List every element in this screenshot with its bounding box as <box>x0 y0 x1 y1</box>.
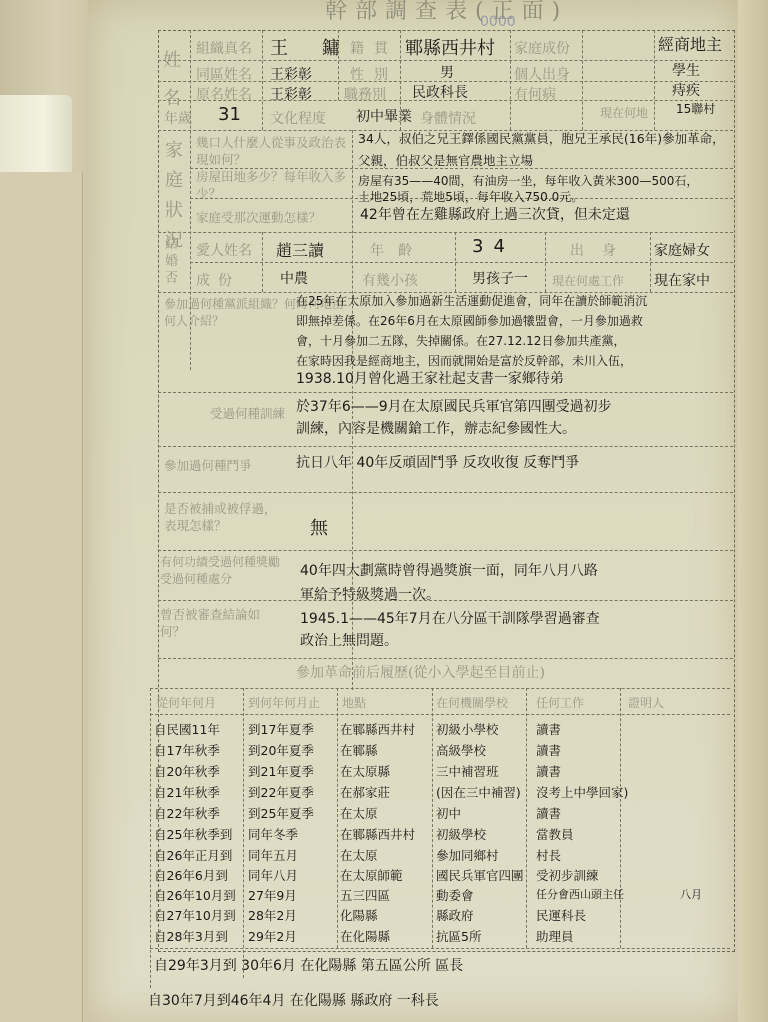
resume-cell-from: 自26年10月到 <box>154 886 236 904</box>
former-name-value: 王彩彰 <box>270 84 312 104</box>
spouse-where-label: 現在何處工作 <box>552 272 624 289</box>
resume-cell-org: 高級學校 <box>436 741 486 759</box>
resume-cell-org: 抗區5所 <box>436 927 481 945</box>
political-answer-line: 1938.10月曾化過王家社起支書一家鄉待弟 <box>296 368 564 390</box>
column-header: 證明人 <box>628 694 664 711</box>
column-header: 到何年何月止 <box>248 694 320 711</box>
resume-cell-to: 27年9月 <box>248 886 297 904</box>
resume-cell-place: 在太原縣 <box>340 762 390 780</box>
resume-cell-org: 動委會 <box>436 886 474 904</box>
family-question-members: 幾口人什麼人從事及政治表現如何？ <box>196 134 348 168</box>
resume-cell-from: 自25年秋季到 <box>154 825 232 843</box>
resume-cell-from: 自26年正月到 <box>154 846 232 864</box>
struggle-answer: 抗日八年 40年反頑固鬥爭 反攻收復 反奪鬥爭 <box>296 452 579 474</box>
resume-cell-place: 五三四區 <box>340 886 390 904</box>
resume-cell-to: 29年2月 <box>248 927 297 945</box>
position-value: 民政科長 <box>412 82 468 102</box>
resume-cell-org: (因在三中補習) <box>436 783 521 801</box>
form-title: 幹部調查表(正面) <box>325 0 568 25</box>
resume-cell-job: 當教員 <box>536 825 574 843</box>
political-answer-line: 在25年在太原加入參加過新生活運動促進會，同年在讀於師範消沉 <box>296 290 647 312</box>
education-label: 文化程度 <box>270 108 326 128</box>
resume-cell-place: 在鄆縣 <box>340 741 378 759</box>
resume-cell-ref: 八月 <box>680 886 702 902</box>
age-label: 年歲 <box>164 108 192 128</box>
resume-footer-row: 自30年7月到46年4月 在化陽縣 縣政府 一科長 <box>148 990 439 1010</box>
resume-cell-place: 在郝家莊 <box>340 783 390 801</box>
struggle-question: 參加過何種鬥爭 <box>164 456 252 474</box>
arrest-question: 是否被捕或被俘過，表現怎樣？ <box>164 500 284 534</box>
reward-answer-line: 軍給予特級獎過一次。 <box>300 584 440 606</box>
disease-value: 痔疾 <box>672 80 700 100</box>
org-name-label: 組織真名 <box>196 38 252 58</box>
personal-origin-value: 學生 <box>672 60 700 80</box>
position-label: 職務別 <box>344 84 386 104</box>
column-header: 任何工作 <box>536 694 584 711</box>
resume-cell-place: 在化陽縣 <box>340 927 390 945</box>
resume-cell-job: 受初步訓練 <box>536 866 599 884</box>
resume-cell-from: 自28年3月到 <box>154 927 228 945</box>
disease-label: 有何病 <box>514 84 556 104</box>
resume-footer-row: 自29年3月到 30年6月 在化陽縣 第五區公所 區長 <box>154 955 463 975</box>
column-header: 在何機關學校 <box>436 694 508 711</box>
resume-cell-org: 初級小學校 <box>436 720 499 738</box>
resume-cell-to: 到22年夏季 <box>248 783 314 801</box>
resume-cell-job: 民運科長 <box>536 906 586 924</box>
resume-cell-job: 村長 <box>536 846 561 864</box>
resume-cell-job: 任分會西山頭主任 <box>536 886 624 902</box>
folded-page-edge <box>0 172 83 1022</box>
spouse-class-label: 成份 <box>196 270 240 290</box>
page-right-edge <box>738 0 768 1022</box>
resume-cell-job: 助理員 <box>536 927 574 945</box>
stamp-number: 0000 <box>480 14 516 30</box>
org-name-value: 王 鏞 <box>270 34 354 60</box>
resume-cell-job: 讀書 <box>536 762 561 780</box>
sex-value: 男 <box>440 62 454 82</box>
resume-cell-job: 讀書 <box>536 741 561 759</box>
family-answer-members: 34人，叔伯之兄王鐸係國民黨黨員，胞兄王承民(16年)參加革命，父親，伯叔父是無… <box>358 128 728 172</box>
family-class-label: 家庭成份 <box>514 38 570 58</box>
resume-cell-org: 縣政府 <box>436 906 474 924</box>
family-question-property: 房屋田地多少？每年收入多少？ <box>196 168 348 202</box>
review-answer-line: 政治上無問題。 <box>300 630 398 652</box>
resume-cell-to: 到25年夏季 <box>248 804 314 822</box>
resume-cell-from: 自民國11年 <box>154 720 220 738</box>
resume-cell-place: 在太原師範 <box>340 866 403 884</box>
training-answer-line: 於37年6——9月在太原國民兵軍官第四團受過初步 <box>296 396 612 418</box>
children-label: 有幾小孩 <box>362 270 418 290</box>
resume-cell-to: 到21年夏季 <box>248 762 314 780</box>
native-place-label: 籍貫 <box>350 38 398 58</box>
family-class-value: 經商地主 <box>658 32 722 55</box>
column-header: 從何年何月 <box>156 694 216 711</box>
former-name-label: 原名姓名 <box>196 84 252 104</box>
spouse-class-value: 中農 <box>280 268 308 288</box>
spouse-name-label: 愛人姓名 <box>196 240 252 260</box>
resume-cell-from: 自26年6月到 <box>154 866 228 884</box>
resume-cell-from: 自20年秋季 <box>154 762 220 780</box>
education-value: 初中畢業 <box>356 106 412 126</box>
resume-cell-job: 沒考上中學回家) <box>536 783 628 801</box>
spouse-where-value: 現在家中 <box>654 270 710 290</box>
native-place-value: 鄆縣西井村 <box>405 34 495 60</box>
family-answer-movement: 42年曾在左雞縣政府上過三次貸，但未定還 <box>360 204 630 226</box>
resume-section-title: 參加革命前后履歷(從小入學起至目前止) <box>296 662 545 682</box>
resume-cell-to: 到20年夏季 <box>248 741 314 759</box>
name-section-label: 姓名 <box>163 42 185 118</box>
resume-cell-from: 自22年秋季 <box>154 804 220 822</box>
spouse-age-value: 34 <box>472 236 515 257</box>
personal-origin-label: 個人出身 <box>514 64 570 84</box>
sex-label: 性別 <box>350 64 398 84</box>
resume-cell-org: 參加同鄉村 <box>436 846 499 864</box>
training-question: 受過何種訓練 <box>210 404 285 422</box>
health-label: 身體情況 <box>420 108 476 128</box>
political-answer-line: 即無掉差係。在26年6月在太原國師參加過犧盟會，一月參加過救 <box>296 310 643 332</box>
political-answer-line: 會，十月參加二五隊，失掉關係。在27.12.12日參加共產黨， <box>296 330 625 352</box>
address-value: 15聯村 <box>676 100 715 117</box>
resume-cell-place: 在太原 <box>340 846 378 864</box>
resume-cell-from: 自21年秋季 <box>154 783 220 801</box>
resume-cell-to: 同年八月 <box>248 866 298 884</box>
resume-cell-to: 同年冬季 <box>248 825 298 843</box>
resume-cell-from: 自27年10月到 <box>154 906 236 924</box>
family-question-movement: 家庭受那次運動怎樣？ <box>196 208 321 226</box>
resume-cell-to: 到17年夏季 <box>248 720 314 738</box>
resume-cell-org: 初級學校 <box>436 825 486 843</box>
column-header: 地點 <box>342 694 366 711</box>
spouse-occupation-value: 家庭婦女 <box>654 240 710 260</box>
resume-cell-place: 在鄆縣西井村 <box>340 825 415 843</box>
review-question: 曾否被審查結論如何？ <box>160 606 280 640</box>
resume-cell-place: 化陽縣 <box>340 906 378 924</box>
alias-label: 同區姓名 <box>196 64 252 84</box>
training-answer-line: 訓練，內容是機關鎗工作，辦志紀參國性大。 <box>296 418 576 440</box>
marriage-section-label: 結婚否 <box>165 236 185 287</box>
resume-cell-org: 國民兵軍官四團 <box>436 866 524 884</box>
resume-cell-job: 讀書 <box>536 804 561 822</box>
reward-answer-line: 40年四大劃黨時曾得過獎旗一面，同年八月八路 <box>300 560 598 582</box>
resume-cell-job: 讀書 <box>536 720 561 738</box>
rolled-paper <box>0 95 72 175</box>
spouse-age-label: 年齡 <box>370 240 426 260</box>
resume-cell-to: 28年2月 <box>248 906 297 924</box>
resume-cell-place: 在太原 <box>340 804 378 822</box>
address-label: 現在何地 <box>600 104 648 121</box>
reward-question: 有何功績受過何種獎勵受過何種處分 <box>160 554 288 588</box>
review-answer-line: 1945.1——45年7月在八分區干訓隊學習過審查 <box>300 608 600 630</box>
alias-value: 王彩彰 <box>270 64 312 84</box>
resume-cell-place: 在鄆縣西井村 <box>340 720 415 738</box>
resume-cell-to: 同年五月 <box>248 846 298 864</box>
spouse-name-value: 趙三讀 <box>276 238 324 261</box>
resume-cell-org: 三中補習班 <box>436 762 499 780</box>
spouse-occupation-label: 出身 <box>570 240 634 260</box>
resume-cell-from: 自17年秋季 <box>154 741 220 759</box>
age-value: 31 <box>218 104 241 125</box>
resume-cell-org: 初中 <box>436 804 461 822</box>
children-value: 男孩子一 <box>472 268 528 288</box>
arrest-answer: 無 <box>310 514 328 540</box>
